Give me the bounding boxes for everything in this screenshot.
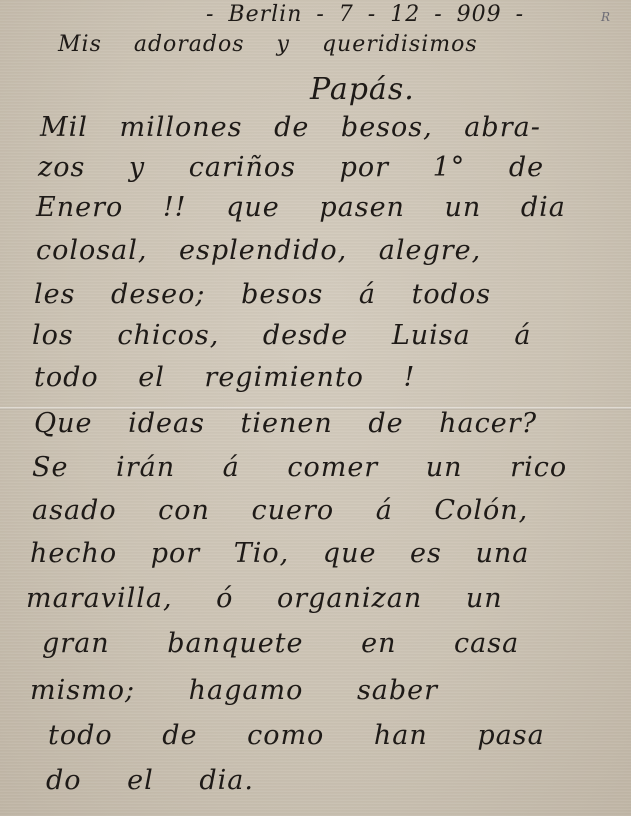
letter-line: Que ideas tienen de hacer? [34, 408, 537, 439]
letter-line: todo el regimiento ! [34, 362, 415, 393]
letter-line: hecho por Tio, que es una [30, 538, 529, 569]
letter-line: asado con cuero á Colón, [32, 495, 528, 526]
letter-line: mismo; hagamo saber [30, 675, 438, 706]
letter-addressee: Papás. [310, 72, 415, 107]
letter-line: zos y cariños por 1° de [38, 152, 544, 183]
letter-line: todo de como han pasa [48, 720, 545, 751]
pencil-corner-mark: R [601, 10, 610, 24]
letter-line: do el dia. [46, 765, 254, 796]
letter-page: R - Berlin - 7 - 12 - 909 - Mis adorados… [0, 0, 631, 816]
letter-line: maravilla, ó organizan un [26, 583, 503, 614]
letter-line: gran banquete en casa [42, 628, 519, 659]
letter-line: los chicos, desde Luisa á [32, 320, 531, 351]
letter-line: Se irán á comer un rico [32, 452, 567, 483]
letter-line: les deseo; besos á todos [34, 279, 491, 310]
letter-line: Enero !! que pasen un dia [36, 192, 566, 223]
letter-line: colosal, esplendido, alegre, [36, 235, 481, 266]
letter-dateline: - Berlin - 7 - 12 - 909 - [206, 2, 524, 27]
letter-salutation: Mis adorados y queridisimos [58, 32, 478, 57]
letter-line: Mil millones de besos, abra- [40, 112, 541, 143]
